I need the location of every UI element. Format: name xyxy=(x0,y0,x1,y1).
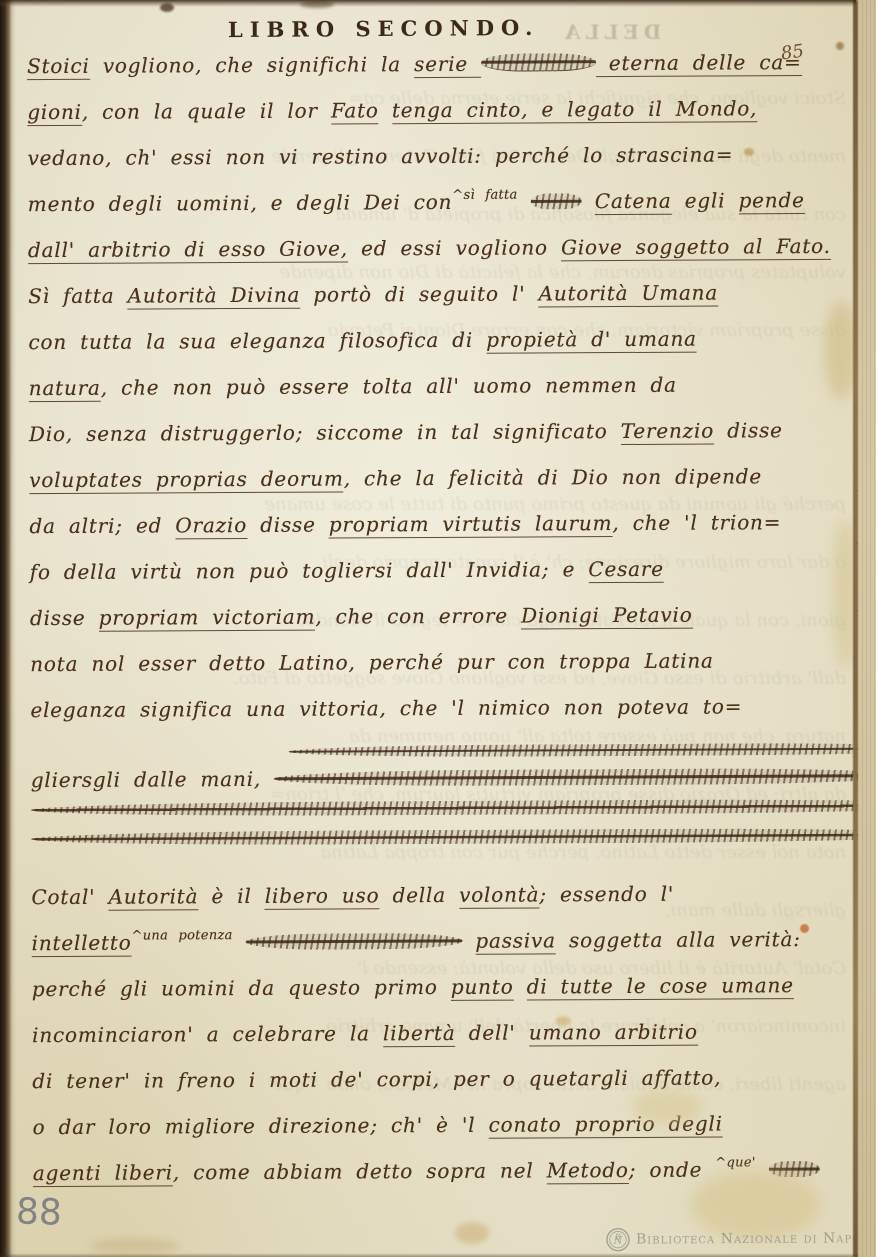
manuscript-word-segment: libero uso xyxy=(265,883,380,910)
manuscript-word-segment: serie xyxy=(414,52,481,78)
manuscript-word-segment: gliersgli dalle mani, xyxy=(31,767,261,792)
manuscript-line: intelletto^una potenza passiva soggetta … xyxy=(32,927,838,977)
manuscript-word-segment: Autorità Umana xyxy=(539,281,719,308)
manuscript-word-segment: di tener' in freno i moti de' corpi, per… xyxy=(32,1065,721,1093)
manuscript-line: con tutta la sua eleganza filosofica di … xyxy=(28,326,834,376)
manuscript-word-segment xyxy=(513,975,526,999)
manuscript-interlinear-line xyxy=(289,740,837,767)
manuscript-line: Cotal' Autorità è il libero uso della vo… xyxy=(31,881,837,931)
manuscript-word-segment xyxy=(261,767,274,791)
manuscript-word-segment: , che con errore xyxy=(315,604,521,629)
manuscript-word-segment: propriam virtutis laurum xyxy=(329,511,613,538)
manuscript-word-segment: ; onde xyxy=(629,1158,716,1182)
crossed-out-scribble xyxy=(246,932,462,950)
manuscript-word-segment: Orazio xyxy=(175,513,247,539)
page-title: LIBRO SECONDO. xyxy=(228,15,540,42)
manuscript-word-segment: Dionigi Petavio xyxy=(521,603,693,630)
manuscript-text: Stoici vogliono, che significhi la serie… xyxy=(27,50,839,1207)
manuscript-word-segment: nota nol esser detto Latino, perché pur … xyxy=(30,649,714,677)
manuscript-word-segment: agenti liberi xyxy=(33,1160,173,1187)
manuscript-word-segment: propietà d' umana xyxy=(486,327,697,354)
manuscript-word-segment: della xyxy=(379,883,459,907)
manuscript-line: perché gli uomini da questo primo punto … xyxy=(32,973,838,1023)
crossed-out-scribble xyxy=(31,798,876,817)
paper-stain xyxy=(455,1222,489,1244)
scan-left-edge xyxy=(0,0,16,1257)
manuscript-word-segment: vedano, ch' essi non vi restino avvolti:… xyxy=(27,142,733,170)
paper-stain xyxy=(90,1238,180,1254)
manuscript-word-segment: , che 'l trion= xyxy=(612,510,781,535)
manuscript-word-segment: pende xyxy=(738,188,804,214)
manuscript-word-segment: o dar loro migliore direzione; ch' è 'l xyxy=(33,1113,489,1139)
manuscript-line: Stoici vogliono, che significhi la serie… xyxy=(27,50,833,100)
manuscript-word-segment: propriam victoriam xyxy=(99,605,316,632)
manuscript-line: incominciaron' a celebrare la libertà de… xyxy=(32,1019,838,1069)
manuscript-line: Sì fatta Autorità Divina portò di seguit… xyxy=(28,280,834,330)
manuscript-word-segment: punto xyxy=(451,975,514,1001)
manuscript-word-segment: portò di seguito l' xyxy=(300,281,539,306)
manuscript-word-segment: egli xyxy=(672,188,739,212)
scan-top-edge xyxy=(0,0,856,7)
manuscript-word-segment: , che non può essere tolta all' uomo nem… xyxy=(101,373,677,400)
manuscript-word-segment: Sì fatta xyxy=(28,284,127,309)
manuscript-word-segment: conato proprio degli xyxy=(489,1111,723,1138)
manuscript-word-segment: disse xyxy=(30,606,99,630)
manuscript-word-segment: Metodo xyxy=(547,1158,629,1184)
manuscript-word-segment: Catena xyxy=(595,189,672,215)
manuscript-word-segment xyxy=(518,189,531,213)
manuscript-line: Dio, senza distruggerlo; siccome in tal … xyxy=(29,418,835,468)
manuscript-line: vedano, ch' essi non vi restino avvolti:… xyxy=(27,142,833,192)
manuscript-word-segment: da altri; ed xyxy=(29,513,175,538)
manuscript-line: natura, che non può essere tolta all' uo… xyxy=(29,372,835,422)
manuscript-word-segment: è il xyxy=(198,884,265,908)
manuscript-line: di tener' in freno i moti de' corpi, per… xyxy=(32,1065,838,1115)
manuscript-word-segment: ; essendo l' xyxy=(539,882,674,907)
manuscript-word-segment: libertà xyxy=(383,1021,456,1047)
manuscript-line: agenti liberi, come abbiam detto sopra n… xyxy=(33,1157,839,1207)
manuscript-line: o dar loro migliore direzione; ch' è 'l … xyxy=(33,1111,839,1161)
manuscript-word-segment: disse xyxy=(714,418,783,442)
manuscript-word-segment: eterna delle ca= xyxy=(596,50,802,77)
manuscript-word-segment: dell' xyxy=(456,1021,529,1045)
library-stamp: N B Biblioteca Nazionale di Napoli xyxy=(606,1226,874,1251)
manuscript-word-segment: intelletto xyxy=(32,931,132,958)
manuscript-word-segment: Dio, senza distruggerlo; siccome in tal … xyxy=(29,419,621,446)
manuscript-word-segment: ed essi vogliono xyxy=(348,235,561,260)
paper-stain xyxy=(836,42,844,50)
manuscript-word-segment: Cotal' xyxy=(31,885,108,909)
manuscript-line: gioni, con la quale il lor Fato tenga ci… xyxy=(27,96,833,146)
manuscript-line: nota nol esser detto Latino, perché pur … xyxy=(30,648,836,698)
manuscript-word-segment: , con la quale il lor xyxy=(82,99,331,124)
manuscript-word-segment: mento degli uomini, e degli Dei con xyxy=(28,190,453,216)
manuscript-line xyxy=(31,797,837,830)
manuscript-line xyxy=(31,826,837,859)
manuscript-word-segment: disse xyxy=(247,513,329,537)
manuscript-word-segment xyxy=(233,930,246,954)
crossed-out-scribble xyxy=(274,767,876,787)
manuscript-line: voluptates proprias deorum, che la felic… xyxy=(29,464,835,514)
manuscript-line: dall' arbitrio di esso Giove, ed essi vo… xyxy=(28,234,834,284)
manuscript-line: da altri; ed Orazio disse propriam virtu… xyxy=(29,510,835,560)
manuscript-word-segment: di tutte le cose umane xyxy=(527,973,794,1000)
manuscript-line: disse propriam victoriam, che con errore… xyxy=(30,602,836,652)
manuscript-word-segment xyxy=(379,98,392,122)
library-stamp-icon: N B xyxy=(606,1228,630,1252)
crossed-out-scribble xyxy=(769,1161,820,1178)
crossed-out-scribble xyxy=(289,742,876,758)
crossed-out-scribble xyxy=(481,53,596,72)
manuscript-scan-page: Stoici vogliono, che significhi la serie… xyxy=(0,0,876,1257)
manuscript-word-segment: con tutta la sua eleganza filosofica di xyxy=(28,328,486,354)
manuscript-word-segment: soggetta alla verità: xyxy=(556,927,801,952)
crossed-out-scribble xyxy=(31,827,876,846)
manuscript-word-segment xyxy=(462,929,475,953)
svg-text:B: B xyxy=(614,1233,621,1242)
library-stamp-text: Biblioteca Nazionale di Napoli xyxy=(636,1230,874,1247)
manuscript-word-segment: dall' arbitrio di esso Giove, xyxy=(28,236,348,264)
manuscript-word-segment: Cesare xyxy=(588,557,664,583)
manuscript-word-segment: , che la felicità di Dio non dipende xyxy=(344,464,762,490)
manuscript-word-segment: Terenzio xyxy=(621,419,714,445)
manuscript-word-segment: volontà xyxy=(459,882,539,908)
scan-bottom-edge xyxy=(0,1253,858,1257)
manuscript-line: mento degli uomini, e degli Dei con^sì f… xyxy=(28,188,834,238)
manuscript-word-segment: fo della virtù non può togliersi dall' I… xyxy=(30,557,589,584)
manuscript-word-segment: gioni xyxy=(27,100,82,126)
interlinear-insertion: ^que' xyxy=(715,1156,755,1171)
pencil-page-number: 88 xyxy=(15,1191,62,1234)
manuscript-word-segment: tenga cinto, e legato il Mondo, xyxy=(392,96,757,124)
manuscript-paper: Stoici vogliono, che significhi la serie… xyxy=(0,0,876,1257)
manuscript-word-segment: , come abbiam detto sopra nel xyxy=(173,1158,547,1184)
manuscript-word-segment: voluptates proprias deorum xyxy=(29,466,344,494)
manuscript-word-segment: natura xyxy=(29,376,101,402)
interlinear-insertion: ^sì fatta xyxy=(452,188,517,203)
manuscript-word-segment: passiva xyxy=(475,928,556,954)
manuscript-word-segment xyxy=(582,189,595,213)
manuscript-word-segment: perché gli uomini da questo primo xyxy=(32,975,451,1001)
fore-edge-strip xyxy=(858,0,876,1257)
manuscript-word-segment: Autorità xyxy=(109,884,199,910)
manuscript-word-segment: Fato xyxy=(331,98,379,124)
manuscript-word-segment: Autorità Divina xyxy=(128,283,301,310)
crossed-out-scribble xyxy=(531,193,582,210)
manuscript-word-segment xyxy=(756,1157,769,1181)
manuscript-line: gliersgli dalle mani, xyxy=(31,764,837,801)
manuscript-word-segment: Stoici xyxy=(27,54,90,80)
manuscript-line: eleganza significa una vittoria, che 'l … xyxy=(30,694,836,744)
manuscript-word-segment: incominciaron' a celebrare la xyxy=(32,1021,383,1047)
manuscript-line: fo della virtù non può togliersi dall' I… xyxy=(30,556,836,606)
interlinear-insertion: ^una potenza xyxy=(131,928,232,944)
bleed-through-header: DELLA xyxy=(560,20,661,44)
manuscript-word-segment: Giove soggetto al Fato. xyxy=(561,234,831,261)
manuscript-word-segment: eleganza significa una vittoria, che 'l … xyxy=(30,694,742,722)
manuscript-word-segment: vogliono, che significhi la xyxy=(90,52,415,78)
manuscript-word-segment: umano arbitrio xyxy=(529,1020,698,1047)
